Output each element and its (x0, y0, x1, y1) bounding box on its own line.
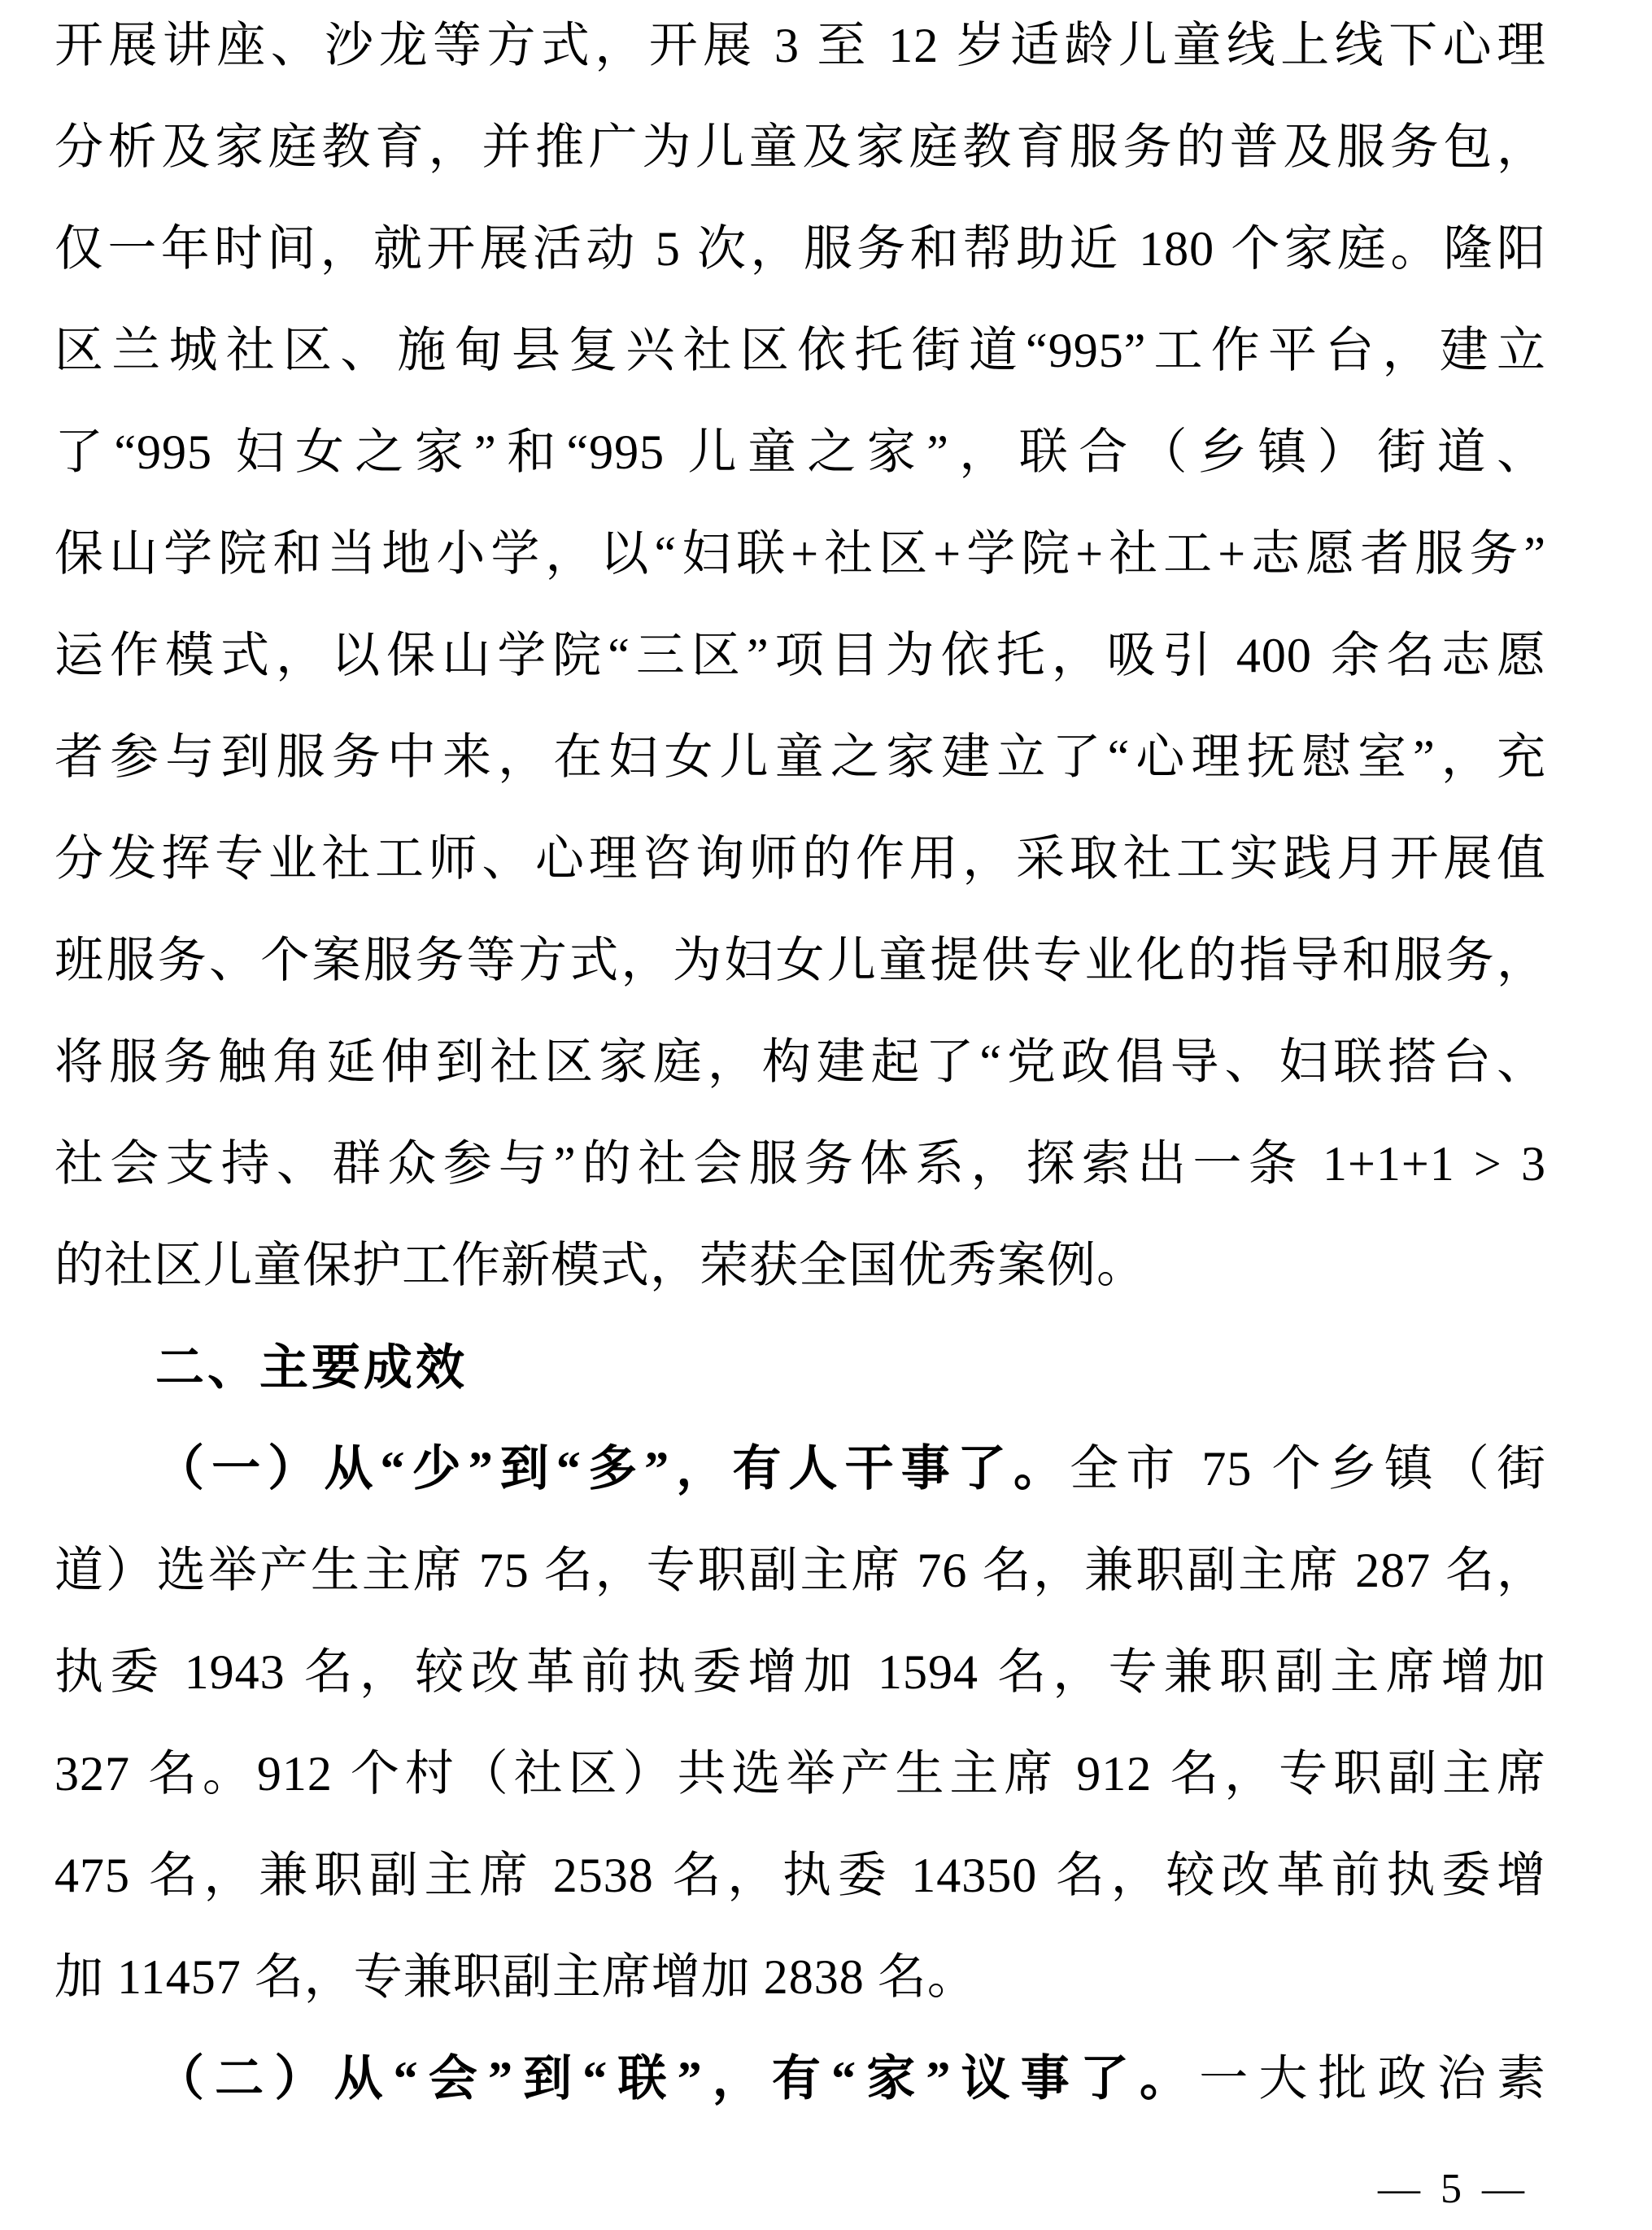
document-text-block: 开展讲座、沙龙等方式，开展 3 至 12 岁适龄儿童线上线下心理 分析及家庭教育… (54, 0, 1546, 2130)
body-line: 社会支持、群众参与”的社会服务体系，探索出一条 1+1+1 > 3 (54, 1113, 1546, 1215)
body-line: 了“995 妇女之家”和“995 儿童之家”，联合（乡镇）街道、 (54, 402, 1546, 503)
subsection-2-title: （二）从“会”到“联”，有“家”议事了。 (155, 2052, 1199, 2106)
body-text: 全市 75 个乡镇（街 (1070, 1442, 1546, 1496)
subsection-1-lead-line: （一）从“少”到“多”，有人干事了。全市 75 个乡镇（街 (54, 1418, 1546, 1520)
body-line: 加 11457 名，专兼职副主席增加 2838 名。 (54, 1927, 1546, 2028)
body-line: 运作模式，以保山学院“三区”项目为依托，吸引 400 余名志愿 (54, 605, 1546, 707)
body-text: 一大批政治素 (1199, 2052, 1546, 2106)
page-number: — 5 — (1378, 2165, 1529, 2214)
section-heading: 二、主要成效 (54, 1317, 1546, 1418)
body-line: 的社区儿童保护工作新模式，荣获全国优秀案例。 (54, 1215, 1546, 1317)
body-line: 者参与到服务中来，在妇女儿童之家建立了“心理抚慰室”，充 (54, 707, 1546, 808)
body-line: 仅一年时间，就开展活动 5 次，服务和帮助近 180 个家庭。隆阳 (54, 198, 1546, 300)
body-line: 保山学院和当地小学，以“妇联+社区+学院+社工+志愿者服务” (54, 503, 1546, 605)
subsection-1-title: （一）从“少”到“多”，有人干事了。 (155, 1442, 1070, 1496)
body-line: 将服务触角延伸到社区家庭，构建起了“党政倡导、妇联搭台、 (54, 1012, 1546, 1113)
body-line: 班服务、个案服务等方式，为妇女儿童提供专业化的指导和服务， (54, 910, 1546, 1012)
body-line: 执委 1943 名，较改革前执委增加 1594 名，专兼职副主席增加 (54, 1622, 1546, 1723)
subsection-2-lead-line: （二）从“会”到“联”，有“家”议事了。一大批政治素 (54, 2028, 1546, 2130)
body-line: 分发挥专业社工师、心理咨询师的作用，采取社工实践月开展值 (54, 808, 1546, 910)
body-line: 327 名。912 个村（社区）共选举产生主席 912 名，专职副主席 (54, 1723, 1546, 1825)
body-line: 开展讲座、沙龙等方式，开展 3 至 12 岁适龄儿童线上线下心理 (54, 0, 1546, 97)
body-line: 区兰城社区、施甸县复兴社区依托街道“995”工作平台，建立 (54, 300, 1546, 402)
body-line: 分析及家庭教育，并推广为儿童及家庭教育服务的普及服务包， (54, 97, 1546, 198)
body-line: 475 名，兼职副主席 2538 名，执委 14350 名，较改革前执委增 (54, 1825, 1546, 1927)
body-line: 道）选举产生主席 75 名，专职副主席 76 名，兼职副主席 287 名， (54, 1520, 1546, 1622)
